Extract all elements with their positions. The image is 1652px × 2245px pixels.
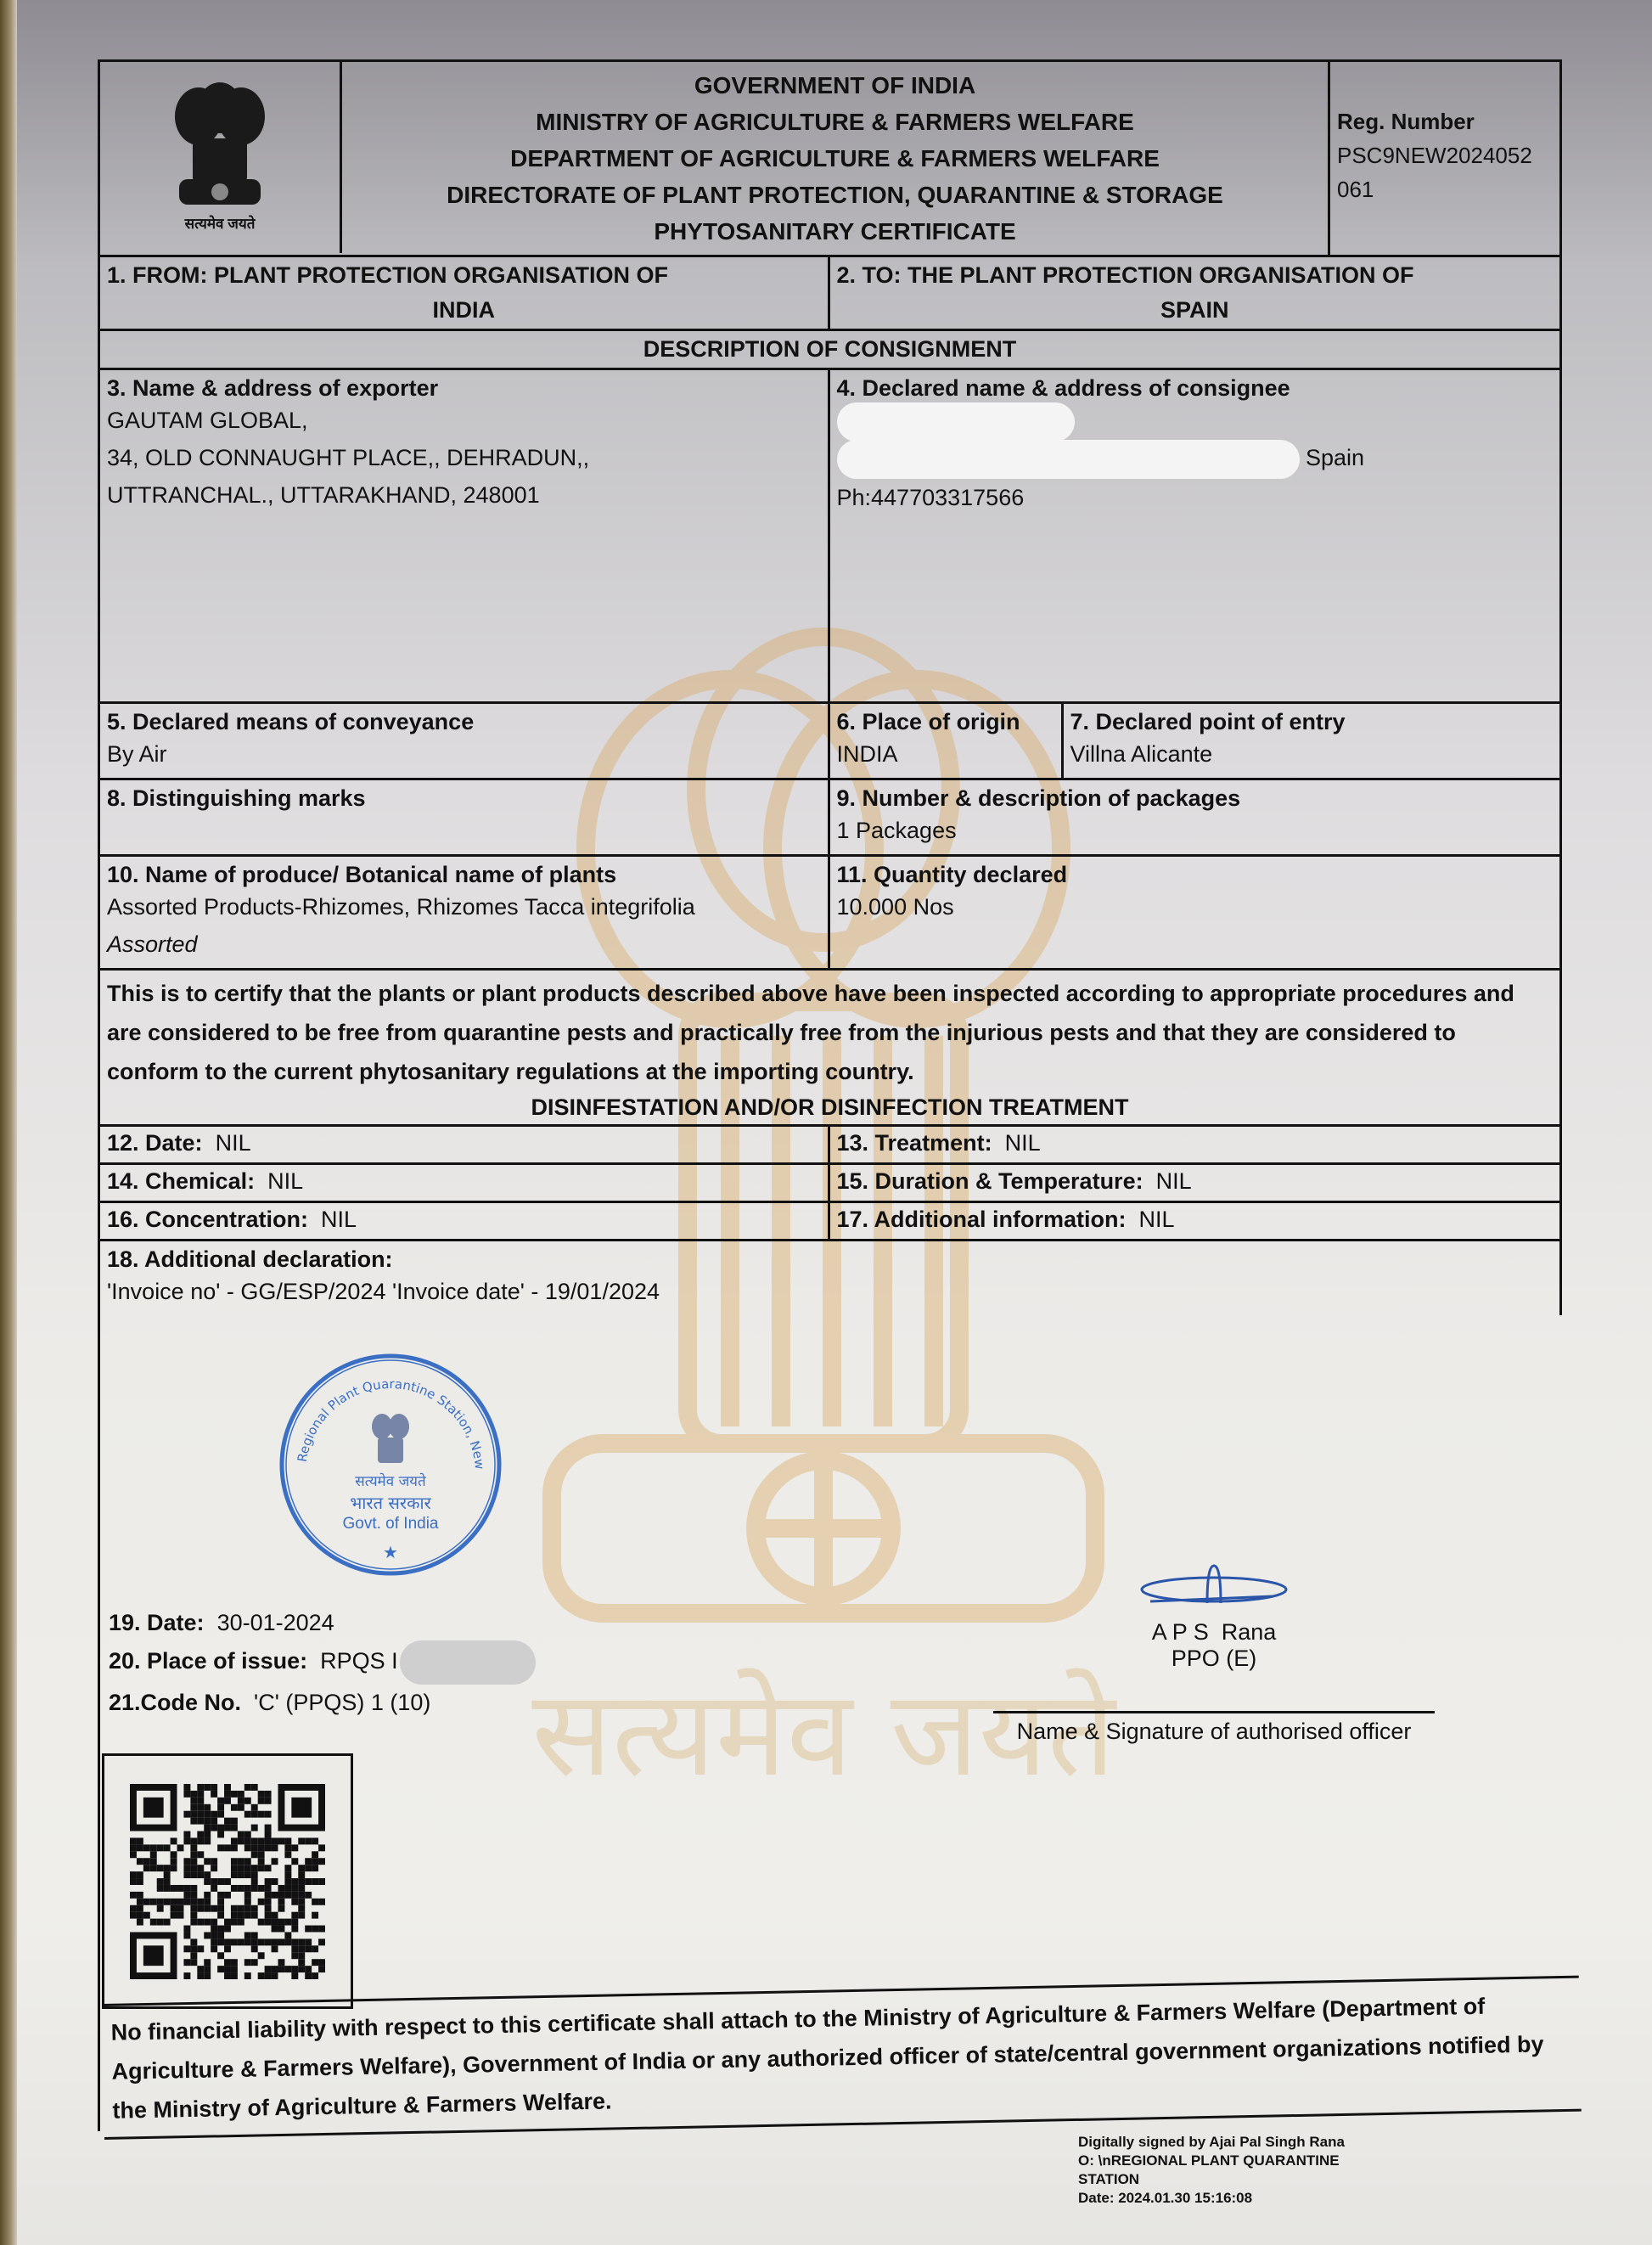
redaction-mark — [400, 1640, 536, 1685]
additional-declaration-label: 18. Additional declaration: — [107, 1246, 1553, 1273]
conveyance-cell: 5. Declared means of conveyance By Air — [100, 704, 830, 778]
code-number: 21.Code No. 'C' (PPQS) 1 (10) — [109, 1685, 536, 1720]
treatment-type-label: 13. Treatment: — [837, 1130, 992, 1156]
certificate-table: सत्यमेव जयते GOVERNMENT OF INDIA MINISTR… — [98, 59, 1562, 1315]
treatment-section-title: DISINFESTATION AND/OR DISINFECTION TREAT… — [100, 1094, 1559, 1124]
entry-cell: 7. Declared point of entry Villna Alican… — [1064, 704, 1560, 778]
redaction-mark — [837, 440, 1300, 479]
exporter-consignee-row: 3. Name & address of exporter GAUTAM GLO… — [100, 370, 1559, 704]
qr-code-box — [102, 1753, 353, 2009]
from-label: 1. FROM: PLANT PROTECTION ORGANISATION O… — [107, 262, 821, 289]
to-value: SPAIN — [837, 297, 1554, 324]
header-line-certificate-title: PHYTOSANITARY CERTIFICATE — [349, 213, 1321, 250]
quantity-label: 11. Quantity declared — [837, 862, 1554, 888]
chemical-label: 14. Chemical: — [107, 1168, 255, 1194]
packages-value: 1 Packages — [837, 812, 1554, 849]
consignee-name-redacted — [837, 402, 1554, 439]
signature-caption: Name & Signature of authorised officer — [976, 1719, 1452, 1745]
from-to-row: 1. FROM: PLANT PROTECTION ORGANISATION O… — [100, 257, 1559, 331]
reg-number-value-1: PSC9NEW2024052 — [1337, 138, 1553, 172]
digital-signature-line-4: Date: 2024.01.30 15:16:08 — [1078, 2189, 1345, 2208]
redaction-mark — [837, 402, 1075, 442]
additional-info-cell: 17. Additional information: NIL — [830, 1203, 1560, 1239]
code-number-value: 'C' (PPQS) 1 (10) — [254, 1690, 430, 1715]
liability-disclaimer: No financial liability with respect to t… — [102, 1976, 1582, 2140]
treatment-type-cell: 13. Treatment: NIL — [830, 1127, 1560, 1162]
header-line-department: DEPARTMENT OF AGRICULTURE & FARMERS WELF… — [349, 140, 1321, 177]
additional-declaration-value: 'Invoice no' - GG/ESP/2024 'Invoice date… — [107, 1273, 1553, 1310]
issue-place: 20. Place of issue: RPQS I — [109, 1640, 536, 1685]
produce-quantity-row: 10. Name of produce/ Botanical name of p… — [100, 857, 1559, 971]
produce-value: Assorted Products-Rhizomes, Rhizomes Tac… — [107, 888, 821, 926]
concentration-label: 16. Concentration: — [107, 1207, 308, 1232]
certification-text: This is to certify that the plants or pl… — [100, 971, 1559, 1094]
duration-value: NIL — [1156, 1168, 1192, 1194]
svg-text:भारत सरकार: भारत सरकार — [350, 1493, 431, 1513]
reg-number-label: Reg. Number — [1337, 104, 1553, 138]
issue-place-label: 20. Place of issue: — [109, 1648, 307, 1674]
consignee-cell: 4. Declared name & address of consignee … — [830, 370, 1560, 701]
treatment-date-value: NIL — [216, 1130, 251, 1156]
reg-number-value-2: 061 — [1337, 172, 1553, 206]
exporter-name: GAUTAM GLOBAL, — [107, 402, 821, 439]
official-stamp-icon: Regional Plant Quarantine Station, New D… — [272, 1346, 509, 1584]
produce-botanical: Assorted — [107, 926, 821, 963]
chemical-cell: 14. Chemical: NIL — [100, 1165, 830, 1201]
consignee-address-line: Spain — [837, 439, 1554, 479]
marks-cell: 8. Distinguishing marks — [100, 780, 830, 854]
header-line-directorate: DIRECTORATE OF PLANT PROTECTION, QUARANT… — [349, 177, 1321, 213]
treatment-row-3: 16. Concentration: NIL 17. Additional in… — [100, 1203, 1559, 1241]
origin-label: 6. Place of origin — [837, 709, 1054, 735]
additional-info-label: 17. Additional information: — [837, 1207, 1127, 1232]
treatment-row-1: 12. Date: NIL 13. Treatment: NIL — [100, 1127, 1559, 1165]
additional-info-value: NIL — [1139, 1207, 1175, 1232]
treatment-date-cell: 12. Date: NIL — [100, 1127, 830, 1162]
certificate: सत्यमेव जयते GOVERNMENT OF INDIA MINISTR… — [98, 59, 1562, 1315]
quantity-value: 10.000 Nos — [837, 888, 1554, 926]
consignee-country: Spain — [1306, 445, 1364, 470]
treatment-row-2: 14. Chemical: NIL 15. Duration & Tempera… — [100, 1165, 1559, 1203]
national-emblem: सत्यमेव जयते — [100, 62, 342, 253]
quantity-cell: 11. Quantity declared 10.000 Nos — [830, 857, 1560, 968]
treatment-date-label: 12. Date: — [107, 1130, 203, 1156]
to-cell: 2. TO: THE PLANT PROTECTION ORGANISATION… — [830, 257, 1560, 329]
signature-line — [993, 1711, 1435, 1713]
conveyance-label: 5. Declared means of conveyance — [107, 709, 821, 735]
header-line-government: GOVERNMENT OF INDIA — [349, 67, 1321, 104]
certification-row: This is to certify that the plants or pl… — [100, 971, 1559, 1127]
officer-signature-block: A P S Rana PPO (E) Name & Signature of a… — [976, 1562, 1452, 1745]
qr-code-icon — [130, 1784, 325, 1979]
svg-text:सत्यमेव जयते: सत्यमेव जयते — [355, 1472, 426, 1490]
digital-signature-line-3: STATION — [1078, 2170, 1345, 2189]
issue-details: 19. Date: 30-01-2024 20. Place of issue:… — [109, 1605, 536, 1720]
produce-label: 10. Name of produce/ Botanical name of p… — [107, 862, 821, 888]
from-cell: 1. FROM: PLANT PROTECTION ORGANISATION O… — [100, 257, 830, 329]
packages-cell: 9. Number & description of packages 1 Pa… — [830, 780, 1560, 854]
digital-signature-line-2: O: \nREGIONAL PLANT QUARANTINE — [1078, 2152, 1345, 2170]
consignee-label: 4. Declared name & address of consignee — [837, 375, 1554, 402]
marks-label: 8. Distinguishing marks — [107, 785, 821, 812]
concentration-value: NIL — [321, 1207, 357, 1232]
digital-signature-line-1: Digitally signed by Ajai Pal Singh Rana — [1078, 2133, 1345, 2152]
issue-place-value: RPQS I — [320, 1648, 398, 1674]
marks-packages-row: 8. Distinguishing marks 9. Number & desc… — [100, 780, 1559, 857]
conveyance-row: 5. Declared means of conveyance By Air 6… — [100, 704, 1559, 780]
consignment-section-title: DESCRIPTION OF CONSIGNMENT — [100, 331, 1559, 368]
treatment-type-value: NIL — [1005, 1130, 1041, 1156]
concentration-cell: 16. Concentration: NIL — [100, 1203, 830, 1239]
exporter-label-text: 3. Name & address of exporter — [107, 375, 821, 402]
conveyance-value: By Air — [107, 735, 821, 773]
produce-cell: 10. Name of produce/ Botanical name of p… — [100, 857, 830, 968]
chemical-value: NIL — [267, 1168, 303, 1194]
header-titles: GOVERNMENT OF INDIA MINISTRY OF AGRICULT… — [342, 62, 1330, 255]
signature-icon — [1129, 1562, 1299, 1613]
issue-date-value: 30-01-2024 — [217, 1610, 334, 1635]
to-label: 2. TO: THE PLANT PROTECTION ORGANISATION… — [837, 262, 1554, 289]
emblem-motto: सत्यमेव जयते — [185, 213, 256, 233]
lion-capital-icon — [160, 82, 279, 210]
svg-text:★: ★ — [383, 1542, 398, 1562]
consignment-section-row: DESCRIPTION OF CONSIGNMENT — [100, 331, 1559, 370]
svg-text:Govt. of India: Govt. of India — [342, 1515, 438, 1533]
exporter-cell: 3. Name & address of exporter GAUTAM GLO… — [100, 370, 830, 701]
consignee-phone: Ph:447703317566 — [837, 479, 1554, 516]
photo-edge — [0, 0, 17, 2245]
header-row: सत्यमेव जयते GOVERNMENT OF INDIA MINISTR… — [100, 62, 1559, 257]
exporter-address-2: UTTRANCHAL., UTTARAKHAND, 248001 — [107, 476, 821, 514]
issue-date: 19. Date: 30-01-2024 — [109, 1605, 536, 1640]
duration-label: 15. Duration & Temperature: — [837, 1168, 1143, 1194]
exporter-address-1: 34, OLD CONNAUGHT PLACE,, DEHRADUN,, — [107, 439, 821, 476]
origin-value: INDIA — [837, 735, 1054, 773]
origin-cell: 6. Place of origin INDIA — [830, 704, 1064, 778]
officer-designation: PPO (E) — [976, 1646, 1452, 1672]
code-number-label: 21.Code No. — [109, 1690, 241, 1715]
from-value: INDIA — [107, 297, 821, 324]
digital-signature: Digitally signed by Ajai Pal Singh Rana … — [1078, 2133, 1345, 2208]
officer-name: A P S Rana — [976, 1619, 1452, 1646]
issue-date-label: 19. Date: — [109, 1610, 205, 1635]
entry-label: 7. Declared point of entry — [1070, 709, 1554, 735]
additional-declaration: 18. Additional declaration: 'Invoice no'… — [100, 1241, 1559, 1315]
entry-value: Villna Alicante — [1070, 735, 1554, 773]
packages-label: 9. Number & description of packages — [837, 785, 1554, 812]
registration-number-box: Reg. Number PSC9NEW2024052 061 — [1330, 62, 1559, 255]
header-line-ministry: MINISTRY OF AGRICULTURE & FARMERS WELFAR… — [349, 104, 1321, 140]
duration-cell: 15. Duration & Temperature: NIL — [830, 1165, 1560, 1201]
